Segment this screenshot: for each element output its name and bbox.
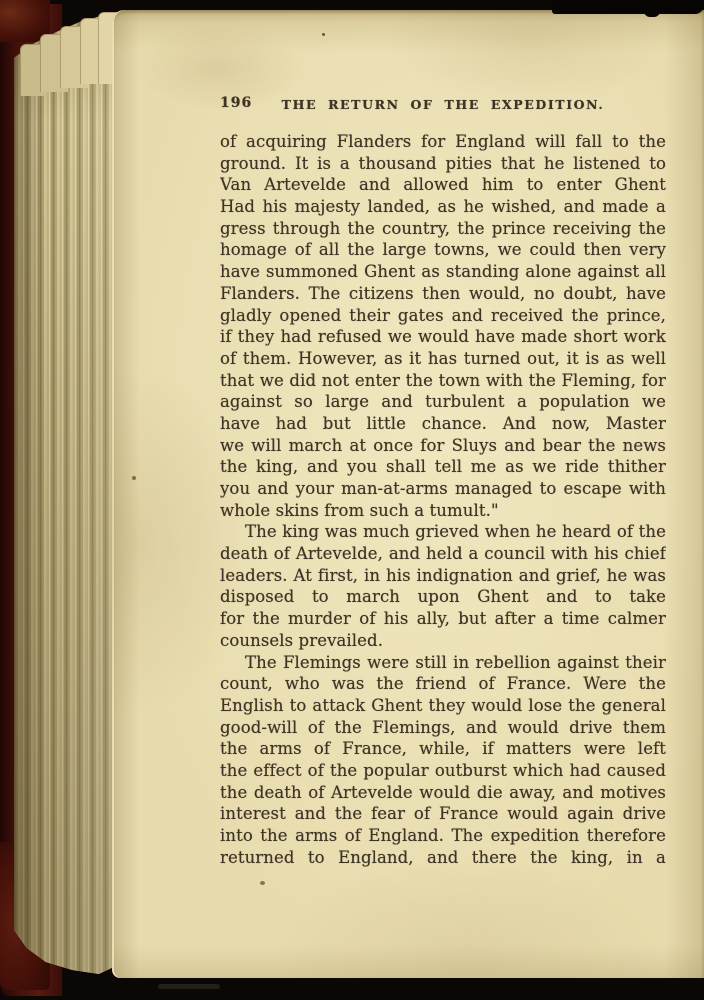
text-line: against so large and turbulent a populat…	[220, 391, 666, 413]
paragraph: The Flemings were still in rebellion aga…	[220, 652, 666, 869]
paper-speck	[260, 881, 265, 885]
text-line: that we did not enter the town with the …	[220, 370, 666, 392]
text-line: The Flemings were still in rebellion aga…	[220, 652, 666, 674]
text-line: The king was much grieved when he heard …	[220, 521, 666, 543]
text-line: leaders. At first, in his indignation an…	[220, 565, 666, 587]
text-line: gladly opened their gates and received t…	[220, 305, 666, 327]
paper-speck	[322, 33, 325, 36]
text-line: English to attack Ghent they would lose …	[220, 695, 666, 717]
text-line: interest and the fear of France would ag…	[220, 803, 666, 825]
text-line: gress through the country, the prince re…	[220, 218, 666, 240]
text-line: death of Artevelde, and held a council w…	[220, 543, 666, 565]
paper-speck	[132, 476, 136, 480]
page-header: 196 THE RETURN OF THE EXPEDITION.	[220, 95, 666, 131]
scanned-book-photo: 196 THE RETURN OF THE EXPEDITION. of acq…	[0, 0, 704, 1000]
book-page: 196 THE RETURN OF THE EXPEDITION. of acq…	[112, 10, 704, 978]
text-line: counsels prevailed.	[220, 630, 666, 652]
text-line: Flanders. The citizens then would, no do…	[220, 283, 666, 305]
text-line: count, who was the friend of France. Wer…	[220, 673, 666, 695]
text-line: the king, and you shall tell me as we ri…	[220, 456, 666, 478]
text-line: Had his majesty landed, as he wished, an…	[220, 196, 666, 218]
text-line: of acquiring Flanders for England will f…	[220, 131, 666, 153]
text-line: have summoned Ghent as standing alone ag…	[220, 261, 666, 283]
page-body: of acquiring Flanders for England will f…	[220, 131, 666, 868]
text-line: good-will of the Flemings, and would dri…	[220, 717, 666, 739]
text-line: for the murder of his ally, but after a …	[220, 608, 666, 630]
text-line: whole skins from such a tumult."	[220, 500, 666, 522]
text-line: homage of all the large towns, we could …	[220, 239, 666, 261]
text-line: disposed to march upon Ghent and to take…	[220, 586, 666, 608]
text-line: the effect of the popular outburst which…	[220, 760, 666, 782]
text-line: into the arms of England. The expedition…	[220, 825, 666, 847]
text-line: of them. However, as it has turned out, …	[220, 348, 666, 370]
text-line: if they had refused we would have made s…	[220, 326, 666, 348]
text-line: ground. It is a thousand pities that he …	[220, 153, 666, 175]
paragraph: of acquiring Flanders for England will f…	[220, 131, 666, 521]
page-edges	[14, 6, 120, 978]
text-line: Van Artevelde and allowed him to enter G…	[220, 174, 666, 196]
scan-background-glint	[158, 984, 220, 989]
text-line: the death of Artevelde would die away, a…	[220, 782, 666, 804]
paragraph: The king was much grieved when he heard …	[220, 521, 666, 651]
text-line: returned to England, and there the king,…	[220, 847, 666, 869]
scan-background-top	[552, 0, 704, 14]
text-line: we will march at once for Sluys and bear…	[220, 435, 666, 457]
text-line: you and your man-at-arms managed to esca…	[220, 478, 666, 500]
text-block: 196 THE RETURN OF THE EXPEDITION. of acq…	[220, 95, 666, 868]
text-line: the arms of France, while, if matters we…	[220, 738, 666, 760]
text-line: have had but little chance. And now, Mas…	[220, 413, 666, 435]
running-title: THE RETURN OF THE EXPEDITION.	[220, 97, 666, 112]
